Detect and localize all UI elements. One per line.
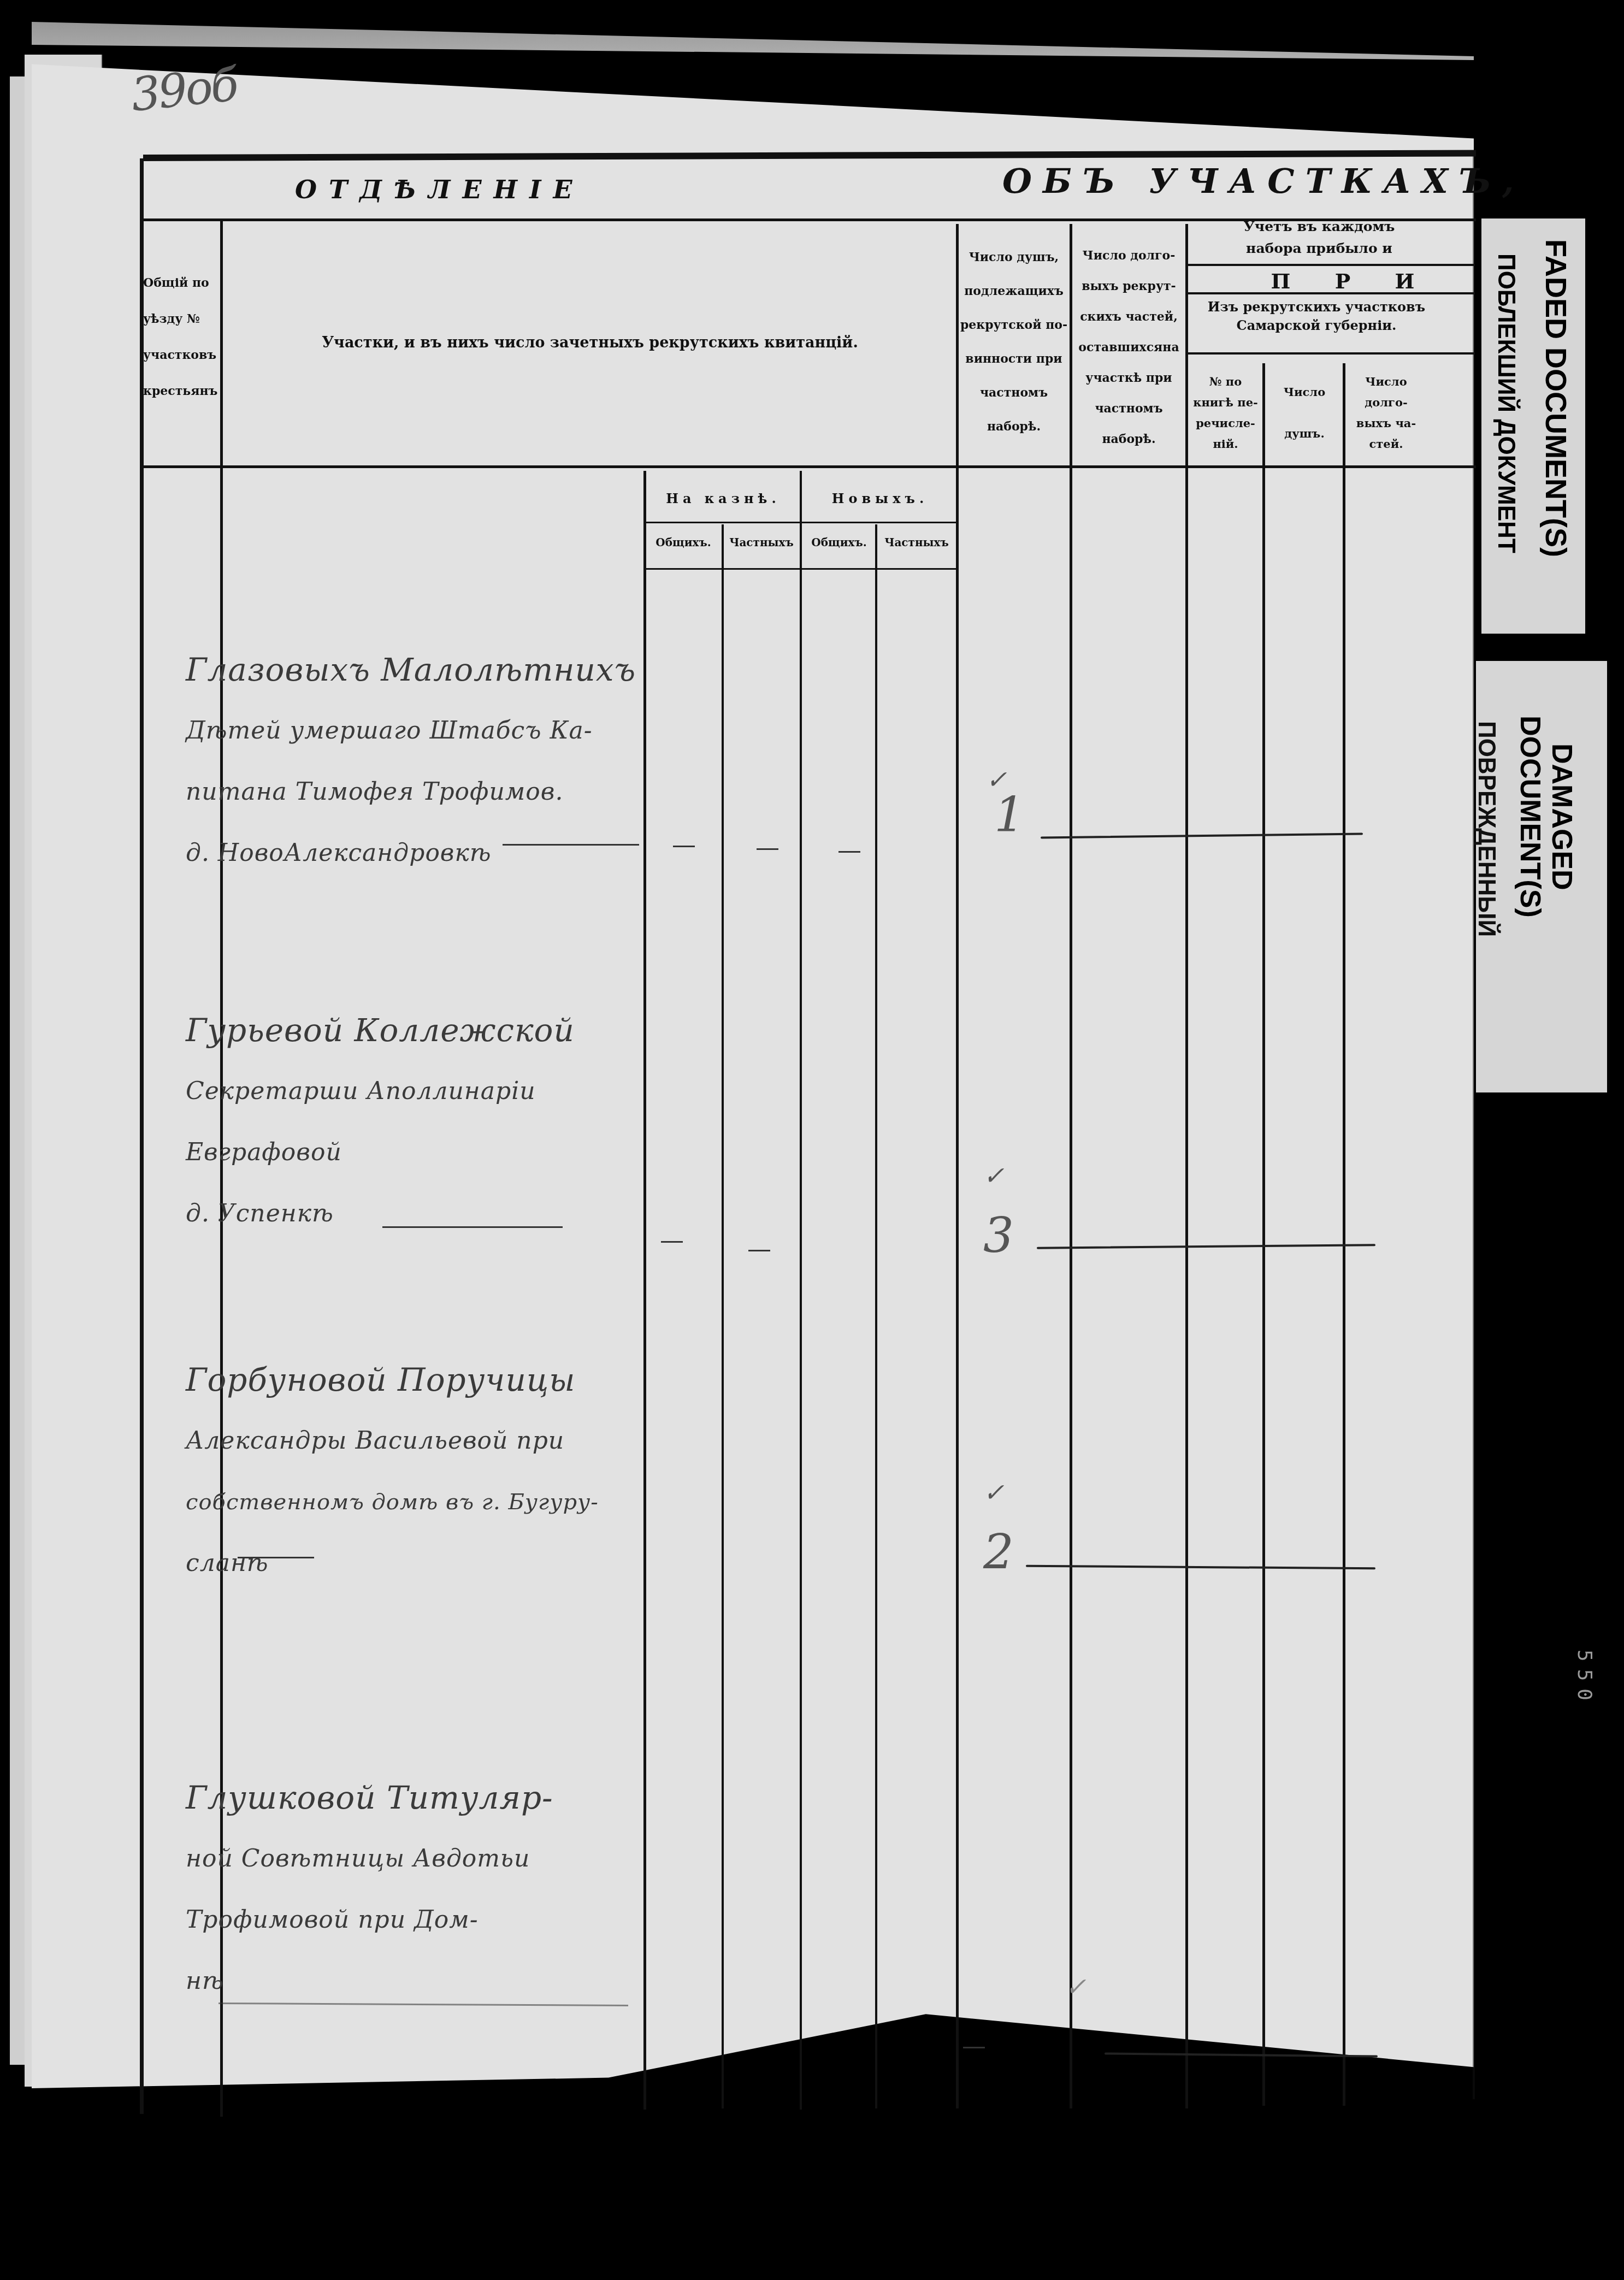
check-mark: ✓: [1065, 1972, 1086, 2001]
header-line: винности при: [959, 342, 1068, 376]
col-divider-sub2: [1343, 363, 1345, 2106]
table-row-entry: Глушковой Титуляр- ной Совѣтницы Авдотьи…: [186, 1767, 553, 2012]
header-line: уѣзду №: [143, 301, 220, 337]
damaged-stamp-en-line1: DAMAGED: [1546, 743, 1578, 890]
header-line: набора прибыло и: [1191, 238, 1448, 259]
section-title: ОТДѢЛЕНІЕ: [295, 175, 584, 204]
header-sub-souls: Число душъ.: [1266, 371, 1343, 454]
header-line: частномъ: [959, 376, 1068, 410]
header-line: подлежащихъ: [959, 274, 1068, 308]
check-mark: ✓: [983, 1478, 1005, 1507]
receipt-dash: [963, 2047, 985, 2048]
entry-line: Секретарши Аполлинаріи: [186, 1061, 575, 1122]
header-line: рекрутской по-: [959, 308, 1068, 342]
faded-stamp-ru: ПОБЛЕКШИЙ ДОКУМЕНТ: [1493, 253, 1519, 553]
entry-line: Глушковой Титуляр-: [186, 1767, 553, 1828]
header-line: Изъ рекрутскихъ участковъ: [1188, 298, 1445, 316]
entry-line: Гурьевой Коллежской: [186, 1000, 575, 1061]
header-line: Учетъ въ каждомъ: [1191, 216, 1448, 238]
receipts-group-rule: [646, 522, 956, 523]
header-line: книгѣ пе-: [1189, 392, 1262, 413]
subheader-new-common: Общихъ.: [803, 524, 875, 560]
col-divider-sub1: [1262, 363, 1265, 2106]
header-line: выхъ рекрут-: [1073, 271, 1185, 302]
header-line: Число душъ,: [959, 240, 1068, 274]
col-divider-r2: [800, 471, 802, 2110]
receipt-dash: [748, 1250, 770, 1251]
subheader-treasury-common: Общихъ.: [646, 524, 721, 560]
table-row-entry: Гурьевой Коллежской Секретарши Аполлинар…: [186, 1000, 575, 1244]
header-line: скихъ частей,: [1073, 302, 1185, 332]
table-left-border: [140, 158, 144, 2114]
header-line: Число долго-: [1073, 240, 1185, 271]
entry-line: Трофимовой при Дом-: [186, 1889, 553, 1951]
header-line: выхъ ча-: [1347, 413, 1426, 434]
subheader-treasury: На казнѣ.: [646, 481, 800, 517]
header-line: крестьянъ: [143, 373, 220, 409]
header-souls: Число душъ, подлежащихъ рекрутской по- в…: [959, 240, 1068, 444]
col-divider-r3: [875, 524, 877, 2108]
col-divider-uchet: [1185, 224, 1188, 2108]
header-line: Самарской губерніи.: [1188, 316, 1445, 335]
entry-line: Дѣтей умершаго Штабсъ Ка-: [186, 700, 636, 761]
subheader-treasury-private: Частныхъ: [724, 524, 799, 560]
entry-underline: [503, 844, 639, 846]
header-accounting: Учетъ въ каждомъ набора прибыло и: [1191, 216, 1448, 259]
header-line: № по: [1189, 371, 1262, 392]
header-line: долго-: [1347, 392, 1426, 413]
uchet-rule-3: [1188, 352, 1475, 355]
section-subject: ОБЪ УЧАСТКАХЪ,: [1002, 161, 1525, 201]
header-line: душъ.: [1266, 413, 1343, 454]
header-line: наборѣ.: [1073, 424, 1185, 454]
header-line: наборѣ.: [959, 410, 1068, 444]
damaged-stamp-en-line2: DOCUMENT(S): [1514, 716, 1546, 918]
receipt-dash: [838, 851, 860, 853]
header-district-number: Общій по уѣзду № участковъ крестьянъ: [143, 265, 220, 409]
col-divider-receipts: [643, 471, 646, 2110]
entry-line: Александры Васильевой при: [186, 1410, 599, 1472]
faded-stamp-en: FADED DOCUMENT(S): [1540, 239, 1571, 557]
entry-line: питана Тимофея Трофимов.: [186, 761, 636, 823]
col-divider-debt: [1070, 224, 1072, 2108]
table-row-entry: Глазовыхъ Малолѣтнихъ Дѣтей умершаго Шта…: [186, 639, 636, 884]
entry-line: Горбуновой Поручицы: [186, 1349, 599, 1410]
subheader-new: Новыхъ.: [803, 481, 957, 517]
souls-count: 3: [983, 1207, 1014, 1263]
header-line: речисле-: [1189, 413, 1262, 434]
check-mark: ✓: [983, 1161, 1005, 1190]
entry-line: сланѣ: [186, 1533, 599, 1594]
header-line: Число: [1347, 371, 1426, 392]
header-line: ній.: [1189, 434, 1262, 454]
header-debt-parts: Число долго- выхъ рекрут- скихъ частей, …: [1073, 240, 1185, 454]
entry-line: собственномъ домѣ въ г. Бугуру-: [186, 1472, 599, 1533]
entry-line: Евграфовой: [186, 1122, 575, 1183]
header-book-number: № по книгѣ пе- речисле- ній.: [1189, 371, 1262, 454]
header-line: участковъ: [143, 337, 220, 373]
receipts-sub-rule: [646, 568, 956, 570]
header-bottom-rule: [143, 465, 1476, 468]
souls-count: 2: [983, 1524, 1014, 1580]
col-divider-r1: [722, 524, 724, 2108]
receipt-dash: [673, 846, 695, 847]
header-pri: П Р И: [1191, 268, 1448, 295]
damaged-stamp-ru: ПОВРЕЖДЕННЫЙ: [1474, 721, 1499, 937]
entry-underline: [382, 1226, 563, 1228]
entry-line: д. Успенкѣ: [186, 1183, 575, 1244]
entry-line: д. НовоАлександровкѣ: [186, 823, 636, 884]
subheader-new-private: Частныхъ: [878, 524, 955, 560]
damaged-document-stamp: DAMAGED DOCUMENT(S) ПОВРЕЖДЕННЫЙ: [1476, 661, 1607, 1092]
header-line: частномъ: [1073, 393, 1185, 424]
folio-number: 39об: [128, 57, 239, 122]
entry-underline: [238, 1557, 314, 1558]
page-top-shadow: [32, 22, 1474, 60]
header-line: Число: [1266, 371, 1343, 413]
uchet-rule-1: [1188, 264, 1475, 266]
header-from-plots: Изъ рекрутскихъ участковъ Самарской губе…: [1188, 298, 1445, 335]
receipt-dash: [661, 1241, 683, 1243]
header-line: оставшихсяна: [1073, 332, 1185, 363]
entry-line: Глазовыхъ Малолѣтнихъ: [186, 639, 636, 700]
header-plots: Участки, и въ нихъ число зачетныхъ рекру…: [229, 325, 950, 361]
entry-line: ной Совѣтницы Авдотьи: [186, 1828, 553, 1889]
header-sub-debt: Число долго- выхъ ча- стей.: [1347, 371, 1426, 454]
receipt-dash: [757, 848, 778, 850]
souls-count: 1: [994, 787, 1025, 843]
table-right-edge: [1473, 155, 1475, 2099]
header-line: стей.: [1347, 434, 1426, 454]
faded-document-stamp: FADED DOCUMENT(S) ПОБЛЕКШИЙ ДОКУМЕНТ: [1481, 218, 1585, 634]
margin-marks: 550: [1573, 1650, 1596, 1708]
header-line: участкѣ при: [1073, 363, 1185, 393]
header-line: Общій по: [143, 265, 220, 301]
damaged-stamp-en: DAMAGED DOCUMENT(S): [1514, 716, 1578, 918]
